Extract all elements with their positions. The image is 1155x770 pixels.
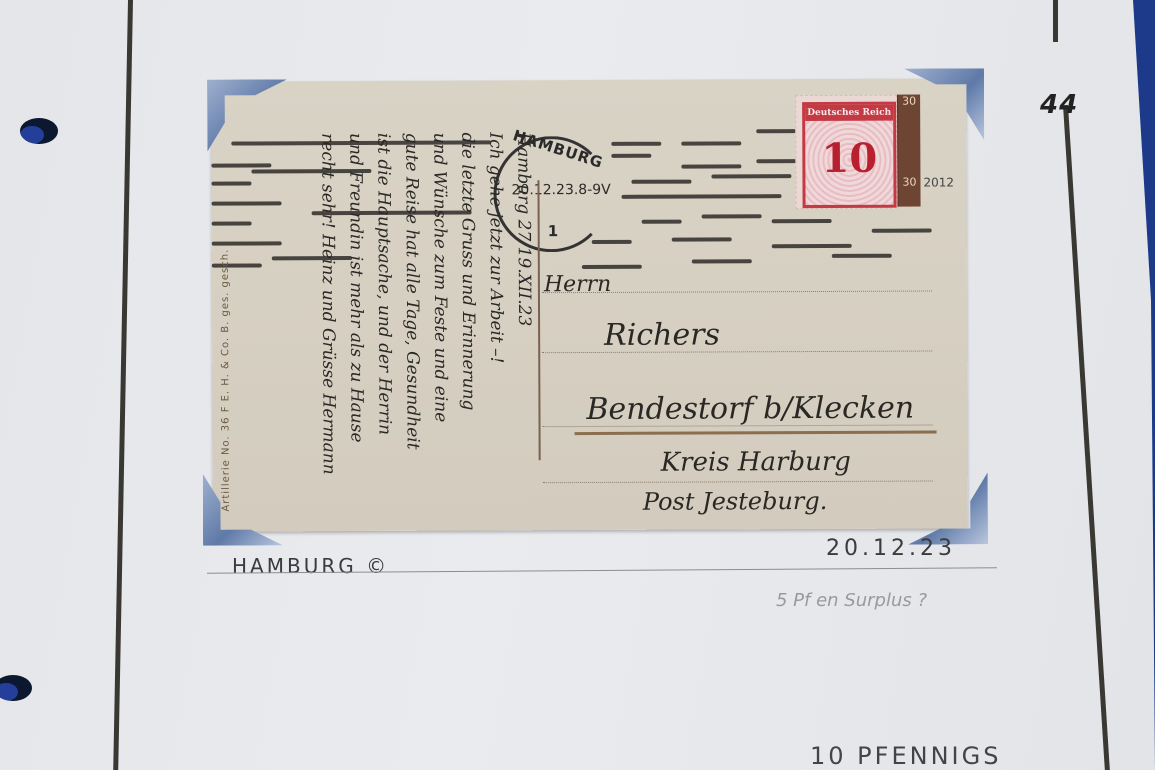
blue-background-edge: [1115, 0, 1155, 770]
message-line: gute Reise hat alle Tage, Gesundheit: [401, 133, 422, 450]
message-line: ist die Hauptsache, und der Herrin: [373, 133, 394, 435]
stamp-partial-value-bottom: 30: [898, 176, 920, 189]
message-line: die letzte Gruss und Erinnerung: [457, 132, 478, 410]
page-border-right-top: [1053, 0, 1058, 42]
caption-city: HAMBURG ©: [232, 554, 389, 578]
address-district: Kreis Harburg: [661, 447, 851, 478]
address-line-2: [542, 351, 932, 354]
address-place: Bendestorf b/Klecken: [586, 391, 914, 427]
stamp-partial-value-top: 30: [898, 95, 920, 108]
message-line: und Freundin ist mehr als zu Hause: [345, 133, 366, 443]
stamp-value: 10: [805, 135, 893, 182]
binder-hole-bottom: [0, 675, 32, 701]
message-dateline: Hamburg 27 19.XII.23: [513, 132, 534, 326]
stamp-cancel-date: 2012: [923, 175, 954, 189]
postage-stamp-10pf: Deutsches Reich 10: [795, 95, 897, 209]
address-line-4: [543, 481, 933, 484]
footer-note: 10 PFENNIGS: [810, 742, 1001, 770]
address-rule: [575, 430, 937, 435]
message-line: Ich gehe jetzt zur Arbeit –!: [485, 132, 506, 363]
page-border-right: [1063, 105, 1110, 770]
machine-cancellation: [211, 78, 966, 81]
stamp-country: Deutsches Reich: [805, 105, 893, 121]
postage-stamp-partial: 30 30: [897, 95, 920, 207]
photo-corner-bottom-right: [908, 472, 988, 544]
page-number: 44: [1040, 90, 1078, 120]
address-salutation: Herrn: [544, 272, 612, 297]
pencil-note: 5 Pf en Surplus ?: [776, 590, 927, 611]
address-post-office: Post Jesteburg.: [643, 487, 828, 516]
message-line: und Wünsche zum Feste und eine: [429, 133, 450, 423]
album-page: 44: [0, 0, 1155, 770]
photo-corner-bottom-left: [203, 473, 283, 545]
printer-imprint: Artillerie No. 36 F E. H. & Co. B. ges. …: [220, 249, 232, 512]
message-line: recht sehr! Heinz und Grüsse Hermann: [317, 133, 338, 475]
postcard: Deutsches Reich 10 30 30 2012 HAMBURG 20…: [211, 78, 968, 531]
postmark-office-number: 1: [548, 222, 559, 240]
handwritten-message: Hamburg 27 19.XII.23 Ich gehe jetzt zur …: [271, 132, 533, 553]
page-border-left: [113, 0, 133, 770]
binder-hole-top: [20, 118, 58, 144]
caption-date: 20.12.23: [826, 536, 956, 561]
address-name: Richers: [604, 317, 720, 353]
